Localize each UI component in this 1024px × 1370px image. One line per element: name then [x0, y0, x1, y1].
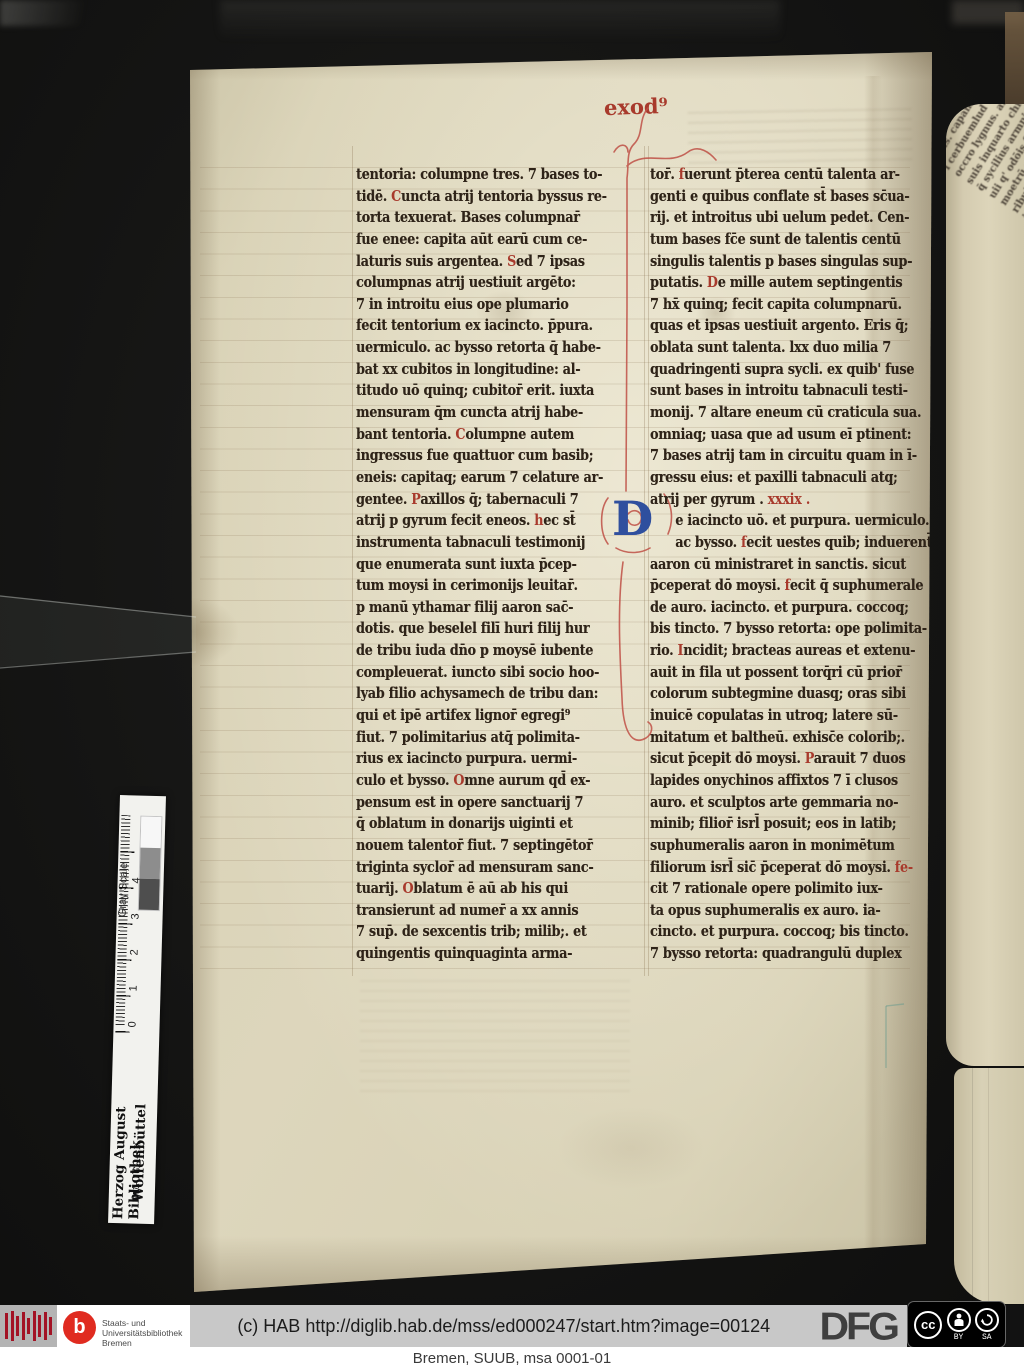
facing-page-edge: polnie: 7 positur i eoedcnes ḡnit. supan…: [938, 46, 1024, 1300]
manuscript-text-line: de tribu iuda dn̄o p moysē iubente: [356, 640, 601, 662]
footer-bar: b Staats- und Universitätsbibliothek Bre…: [0, 1305, 1024, 1347]
manuscript-text-line: qui et ipē artifex lignor̄ egregi⁹: [356, 705, 601, 727]
manuscript-text-line: uermiculo. ac bysso retorta q̄ habe-: [356, 337, 601, 359]
manuscript-text-line: gressu eius: et paxilli tabnaculi atq;: [650, 467, 889, 489]
manuscript-text-line: de auro. iacincto. et purpura. coccoq;: [650, 597, 889, 619]
manuscript-text-line: inuicē copulatas in utroq; latere sū-: [650, 705, 889, 727]
backdrop-glow: [0, 0, 120, 26]
manuscript-text-line: torta texuerat. Bases columpnar̄: [356, 207, 601, 229]
manuscript-text-line: omniaq; uasa que ad usum eī ptinent:: [650, 424, 889, 446]
manuscript-text-line: bant tentoria. Columpne autem: [356, 424, 601, 446]
manuscript-text-line: cit 7 rationale opere polimito iux-: [650, 878, 889, 900]
manuscript-text-line: e iacincto uō. et purpura. uermiculo.: [650, 510, 889, 532]
manuscript-text-line: oblata sunt talenta. lxx duo milia 7: [650, 337, 889, 359]
manuscript-text-line: quas et ipsas uestiuit argento. Eris q̄;: [650, 315, 889, 337]
manuscript-text-line: ingressus fue quattuor cum basib;: [356, 445, 601, 467]
manuscript-text-line: quadringenti supra sycli. ex quib' fuse: [650, 359, 889, 381]
manuscript-text-line: bat xx cubitos in longitudine: al-: [356, 359, 601, 381]
ruler-number: 0: [127, 1013, 139, 1027]
ruler-number: 2: [129, 941, 141, 955]
manuscript-text-line: ac bysso. fecit uestes quib; induerent̄: [650, 532, 889, 554]
manuscript-text-line: bis tincto. 7 bysso retorta: ope polimit…: [650, 618, 889, 640]
manuscript-text-line: 7 bases atrij tam in circuitu quam in ī-: [650, 445, 889, 467]
manuscript-text-line: nouem talentor̄ fiut. 7 septingētor̄: [356, 835, 601, 857]
show-through-text: [360, 980, 630, 1100]
manuscript-text-line: triginta syclor̄ ad mensuram sanc-: [356, 857, 601, 879]
manuscript-text-line: auit in fila ut possent torq̄ri cū prior…: [650, 662, 889, 684]
manuscript-text-line: monij. 7 altare eneum cū craticula sua.: [650, 402, 889, 424]
facing-page-curl: polnie: 7 positur i eoedcnes ḡnit. supan…: [946, 104, 1024, 1066]
backdrop-glow: [220, 0, 780, 40]
manuscript-text-line: tum bases fc̄e sunt de talentis centū: [650, 229, 889, 251]
manuscript-text-line: laturis suis argentea. Sed 7 ipsas: [356, 251, 601, 273]
manuscript-text-line: 7 in introitu eius ope plumario: [356, 294, 601, 316]
manuscript-text-line: mitatum et baltheū. exhisc̄e colorib;.: [650, 727, 889, 749]
copyright-segment: (c) HAB http://diglib.hab.de/mss/ed00024…: [190, 1305, 817, 1347]
manuscript-text-line: putatis. De mille autem septingentis: [650, 272, 889, 294]
page-stack-fore-edge: [954, 1068, 1024, 1304]
manuscript-text-line: tentoria: columpne tres. 7 bases to-: [356, 164, 601, 186]
column-guide-line: [352, 146, 353, 976]
facing-page-text: polnie: 7 positur i eoedcnes ḡnit. supan…: [946, 104, 1024, 423]
manuscript-page: exod⁹ D tentoria: columpne tres. 7 bases…: [176, 46, 938, 1296]
ruler-number: 3: [130, 905, 142, 919]
ruler-number: 4: [131, 869, 143, 883]
manuscript-text-line: p̄ceperat dō moysi. fecit q̄ suphumerale: [650, 575, 889, 597]
manuscript-text-line: rius ex iacincto purpura. uermi-: [356, 748, 601, 770]
manuscript-text-line: tor̄. fuerunt p̄terea centū talenta ar-: [650, 164, 889, 186]
column-guide-line: [934, 146, 935, 976]
manuscript-text-line: fue enee: capita aūt earū cum ce-: [356, 229, 601, 251]
library-label-line2: Wolfenbüttel: [131, 1072, 151, 1202]
suub-barcode-logo: [0, 1305, 57, 1347]
parchment-stain: [556, 1106, 706, 1190]
cc-by-icon: [947, 1308, 971, 1332]
shelfmark-caption: Bremen, SUUB, msa 0001-01: [413, 1350, 611, 1367]
cc-sa-icon: [975, 1308, 999, 1332]
manuscript-text-line: culo et bysso. Omne aurum qd̄ ex-: [356, 770, 601, 792]
manuscript-text-line: ta opus suphumeralis ex auro. ia-: [650, 900, 889, 922]
manuscript-text-line: instrumenta tabnaculi testimonij: [356, 532, 601, 554]
manuscript-text-line: aaron cū ministraret in sanctis. sicut: [650, 554, 889, 576]
manuscript-text-line: genti e quibus conflate st̄ bases sc̄ua-: [650, 186, 889, 208]
ruler-numbers: 43210: [120, 795, 166, 796]
running-title: exod⁹: [604, 93, 669, 120]
right-text-column: tor̄. fuerunt p̄terea centū talenta ar-g…: [650, 164, 934, 965]
manuscript-text-line: pensum est in opere sanctuarij 7: [356, 792, 601, 814]
manuscript-text-line: 7 hx̄ quinq; fecit capita columpnarū.: [650, 294, 889, 316]
manuscript-text-line: tuarij. Oblatum ē aū ab his qui: [356, 878, 601, 900]
manuscript-text-line: quingentis quinquaginta arma-: [356, 943, 601, 965]
cc-icon: cc: [914, 1311, 942, 1339]
manuscript-text-line: lyab filio achysamech de tribu dan:: [356, 683, 601, 705]
manuscript-text-line: 7 bysso retorta: quadrangulū duplex: [650, 943, 889, 965]
column-guide-line: [648, 146, 649, 976]
manuscript-text-line: q̄ oblatum in donarijs uiginti et: [356, 813, 601, 835]
manuscript-text-line: sunt bases in introitu tabnaculi testi-: [650, 380, 889, 402]
manuscript-text-line: que enumerata sunt iuxta p̄cep-: [356, 554, 601, 576]
manuscript-text-line: minib; filior̄ isrl̄ posuit; eos in lati…: [650, 813, 889, 835]
manuscript-text-line: rio. Incidit; bracteas aureas et extenu-: [650, 640, 889, 662]
footer-bar-end: [1006, 1305, 1024, 1347]
manuscript-text-line: p manū ythamar filij aaron sac̄-: [356, 597, 601, 619]
caption-row: Bremen, SUUB, msa 0001-01: [0, 1347, 1024, 1370]
show-through-text: [688, 108, 913, 166]
manuscript-text-line: singulis talentis p bases singulas sup-: [650, 251, 889, 273]
suub-b-icon: b: [63, 1311, 96, 1344]
cc-license-badge: cc BY SA: [907, 1301, 1006, 1348]
manuscript-text-line: compleuerat. iuncto sibi socio hoo-: [356, 662, 601, 684]
manuscript-text-line: columpnas atrij uestiuit argēto:: [356, 272, 601, 294]
manuscript-text-line: rij. et introitus ubi uelum pedet. Cen-: [650, 207, 889, 229]
ruler-number: 1: [128, 977, 140, 991]
manuscript-text-line: gentee. Paxillos q̄; tabernaculi 7: [356, 489, 601, 511]
manuscript-text-line: cincto. et purpura. coccoq; bis tincto.: [650, 921, 889, 943]
page-holder-strip: [0, 595, 196, 667]
manuscript-text-line: dotis. que beselel filī huri filij hur: [356, 618, 601, 640]
copyright-url: (c) HAB http://diglib.hab.de/mss/ed00024…: [237, 1316, 770, 1337]
manuscript-text-line: atrij per gyrum . xxxix .: [650, 489, 889, 511]
manuscript-text-line: lapides onychinos affixtos 7 ī clusos: [650, 770, 889, 792]
manuscript-text-line: 7 sup̄. de sexcentis trib; milib;. et: [356, 921, 601, 943]
manuscript-text-line: fiut. 7 polimitarius atq̄ polimita-: [356, 727, 601, 749]
dfg-segment: DFG: [817, 1305, 907, 1347]
grayscale-patches: [138, 816, 163, 912]
manuscript-text-line: transierunt ad numer̄ a xx annis: [356, 900, 601, 922]
manuscript-text-line: sicut p̄cepit dō moysi. Parauit 7 duos: [650, 748, 889, 770]
digitized-manuscript-photo: exod⁹ D tentoria: columpne tres. 7 bases…: [0, 0, 1024, 1370]
manuscript-text-line: colorum subtegmine duasq; oras sibi: [650, 683, 889, 705]
color-ruler: Gray Scale 43210 Herzog August Bibliothe…: [108, 795, 166, 1224]
manuscript-text-line: suphumeralis aaron in monimētum: [650, 835, 889, 857]
suub-logo-text: Staats- und Universitätsbibliothek Breme…: [102, 1318, 182, 1348]
manuscript-text-line: filiorum isrl̄ sic̄ p̄ceperat dō moysi. …: [650, 857, 889, 879]
manuscript-text-line: tum moysi in cerimonijs leuitar̄.: [356, 575, 601, 597]
manuscript-text-line: tidē. Cuncta atrij tentoria byssus re-: [356, 186, 601, 208]
manuscript-text-line: atrij p gyrum fecit eneos. hec st̄: [356, 510, 601, 532]
manuscript-text-line: fecit tentorium ex iacincto. p̄pura.: [356, 315, 601, 337]
manuscript-text-line: titudo uō quinq; cubitor̄ erit. iuxta: [356, 380, 601, 402]
left-text-column: tentoria: columpne tres. 7 bases to-tidē…: [356, 164, 648, 965]
manuscript-text-line: mensuram q̄m cuncta atrij habe-: [356, 402, 601, 424]
dfg-logo: DFG: [819, 1304, 897, 1349]
manuscript-text-line: auro. et sculptos arte gemmaria no-: [650, 792, 889, 814]
manuscript-text-line: eneis: capitaq; earum 7 celature ar-: [356, 467, 601, 489]
